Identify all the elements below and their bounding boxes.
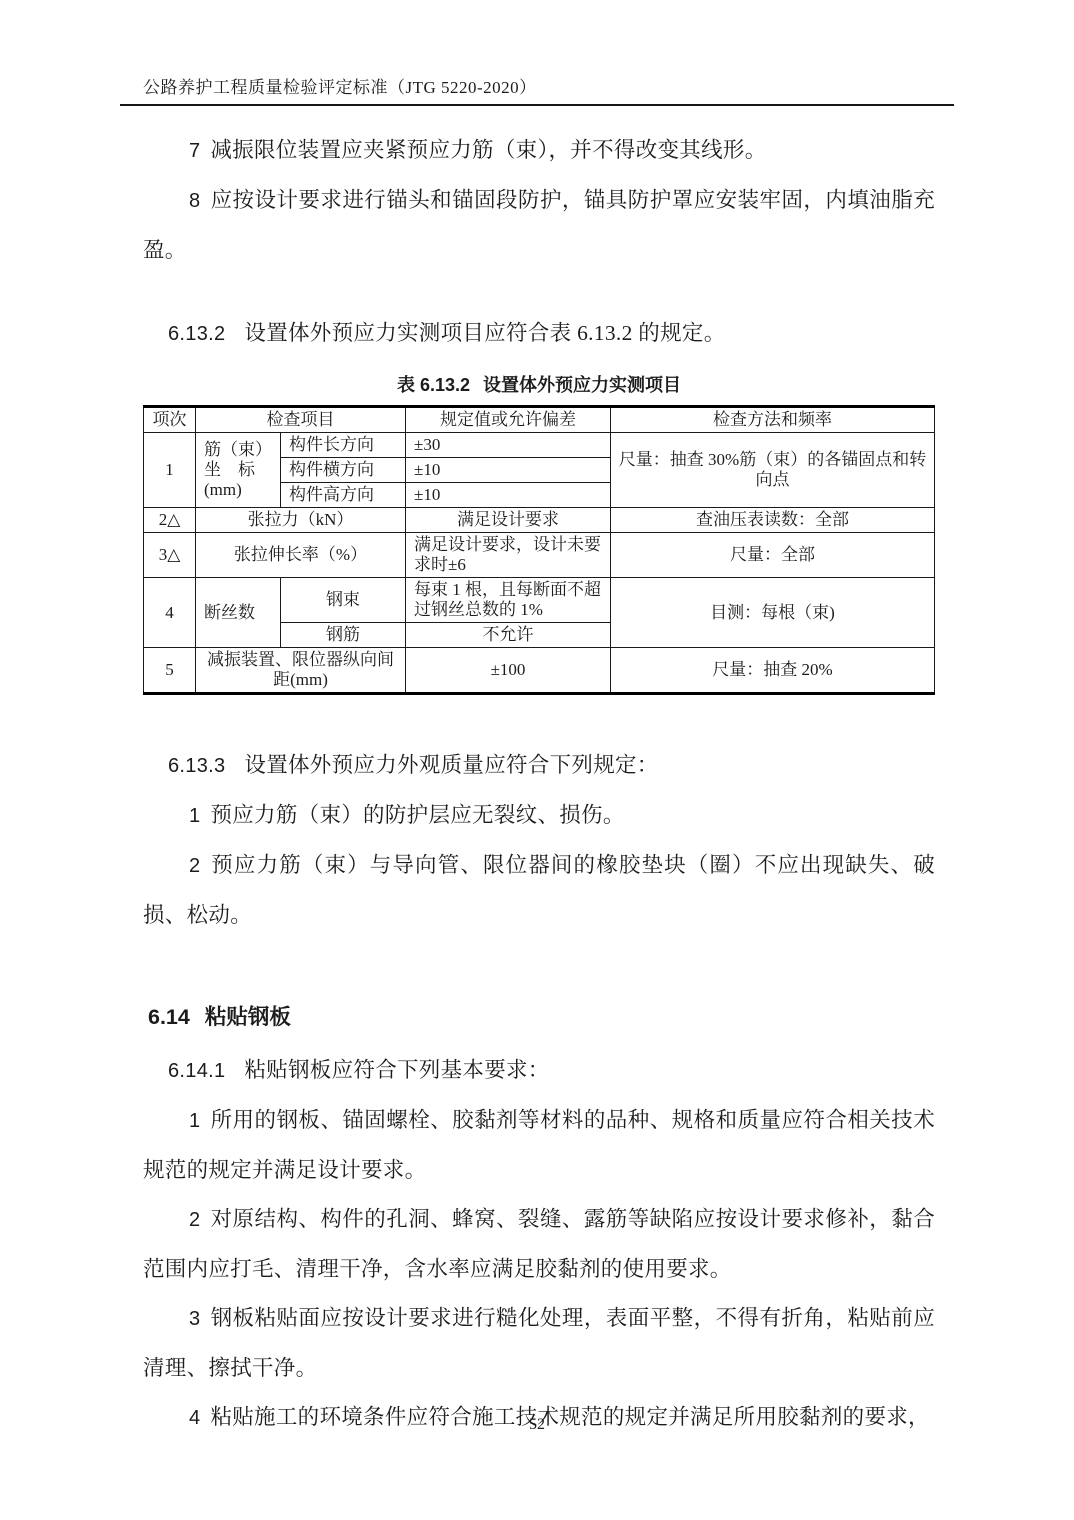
clause-6-14-1-item-2: 2对原结构、构件的孔洞、蜂窝、裂缝、露筋等缺陷应按设计要求修补，黏合范围内应打毛… — [143, 1195, 935, 1294]
clause-number: 6.13.3 — [168, 755, 225, 777]
row3-no: 3△ — [144, 533, 196, 578]
document-title: 公路养护工程质量检验评定标准（JTG 5220-2020） — [143, 78, 537, 97]
row5-no: 5 — [144, 648, 196, 694]
row2-no: 2△ — [144, 508, 196, 533]
table-row: 1 筋（束） 坐 标 (mm) 构件长方向 ±30 尺量：抽查 30%筋（束）的… — [144, 433, 935, 458]
table-6-13-2: 项次 检查项目 规定值或允许偏差 检查方法和频率 1 筋（束） 坐 标 (mm)… — [143, 405, 935, 695]
clause-text: 粘贴钢板应符合下列基本要求： — [244, 1058, 549, 1082]
table-caption-title: 设置体外预应力实测项目 — [483, 375, 681, 395]
row5-method: 尺量：抽查 20% — [611, 648, 935, 694]
table-row: 3△ 张拉伸长率（%） 满足设计要求，设计未要求时±6 尺量：全部 — [144, 533, 935, 578]
clause-6-14-1-item-1: 1所用的钢板、锚固螺栓、胶黏剂等材料的品种、规格和质量应符合相关技术规范的规定并… — [143, 1096, 935, 1195]
table-header-row: 项次 检查项目 规定值或允许偏差 检查方法和频率 — [144, 407, 935, 433]
clause-6-13-2: 6.13.2设置体外预应力实测项目应符合表 6.13.2 的规定。 — [143, 309, 935, 359]
row2-method: 查油压表读数：全部 — [611, 508, 935, 533]
row2-item: 张拉力（kN） — [196, 508, 406, 533]
clause-item-number: 1 — [189, 1110, 200, 1132]
clause-item-7: 7减振限位装置应夹紧预应力筋（束），并不得改变其线形。 — [143, 126, 935, 176]
row1-method: 尺量：抽查 30%筋（束）的各锚固点和转向点 — [611, 433, 935, 508]
clause-text: 设置体外预应力实测项目应符合表 6.13.2 的规定。 — [244, 321, 725, 345]
row1-sub-value: ±30 — [406, 433, 611, 458]
document-page: { "header": { "title": "公路养护工程质量检验评定标准（J… — [0, 0, 1074, 1520]
row4-sub-label: 钢束 — [281, 578, 406, 623]
section-number: 6.14 — [148, 1005, 190, 1029]
clause-item-text: 减振限位装置应夹紧预应力筋（束），并不得改变其线形。 — [210, 138, 766, 162]
row2-value: 满足设计要求 — [406, 508, 611, 533]
page-number: 52 — [529, 1416, 545, 1433]
col-header-allowed-deviation: 规定值或允许偏差 — [406, 407, 611, 433]
table-row: 4 断丝数 钢束 每束 1 根，且每断面不超过钢丝总数的 1% 目测：每根（束) — [144, 578, 935, 623]
col-header-check-item: 检查项目 — [196, 407, 406, 433]
clause-item-number: 2 — [189, 1209, 200, 1231]
clause-6-14-1-item-3: 3钢板粘贴面应按设计要求进行糙化处理，表面平整，不得有折角，粘贴前应清理、擦拭干… — [143, 1294, 935, 1393]
row1-sub-label: 构件长方向 — [281, 433, 406, 458]
clause-item-text: 钢板粘贴面应按设计要求进行糙化处理，表面平整，不得有折角，粘贴前应清理、擦拭干净… — [143, 1306, 935, 1380]
clause-6-13-3-item-1: 1预应力筋（束）的防护层应无裂纹、损伤。 — [143, 791, 935, 841]
row4-sub-label: 钢筋 — [281, 623, 406, 648]
clause-text: 设置体外预应力外观质量应符合下列规定： — [244, 753, 658, 777]
clause-item-8: 8应按设计要求进行锚头和锚固段防护，锚具防护罩应安装牢固，内填油脂充盈。 — [143, 176, 935, 275]
row5-value: ±100 — [406, 648, 611, 694]
clause-item-number: 3 — [189, 1308, 200, 1330]
page-content: 7减振限位装置应夹紧预应力筋（束），并不得改变其线形。 8应按设计要求进行锚头和… — [143, 126, 935, 1443]
clause-item-number: 8 — [189, 190, 200, 212]
table-row: 2△ 张拉力（kN） 满足设计要求 查油压表读数：全部 — [144, 508, 935, 533]
row4-no: 4 — [144, 578, 196, 648]
section-title: 粘贴钢板 — [205, 1005, 291, 1029]
row1-sub-label: 构件高方向 — [281, 483, 406, 508]
col-header-item-no: 项次 — [144, 407, 196, 433]
col-header-method-frequency: 检查方法和频率 — [611, 407, 935, 433]
row4-item: 断丝数 — [196, 578, 281, 648]
row1-item: 筋（束） 坐 标 (mm) — [196, 433, 281, 508]
row1-sub-value: ±10 — [406, 458, 611, 483]
clause-item-text: 预应力筋（束）与导向管、限位器间的橡胶垫块（圈）不应出现缺失、破损、松动。 — [143, 853, 935, 927]
row1-sub-label: 构件横方向 — [281, 458, 406, 483]
row4-sub-value: 不允许 — [406, 623, 611, 648]
clause-6-14-1: 6.14.1粘贴钢板应符合下列基本要求： — [143, 1046, 935, 1096]
section-heading-6-14: 6.14粘贴钢板 — [148, 1002, 935, 1032]
row1-sub-value: ±10 — [406, 483, 611, 508]
row5-item: 减振装置、限位器纵向间距(mm) — [196, 648, 406, 694]
clause-item-text: 所用的钢板、锚固螺栓、胶黏剂等材料的品种、规格和质量应符合相关技术规范的规定并满… — [143, 1108, 935, 1182]
table-row: 5 减振装置、限位器纵向间距(mm) ±100 尺量：抽查 20% — [144, 648, 935, 694]
clause-item-text: 预应力筋（束）的防护层应无裂纹、损伤。 — [210, 803, 624, 827]
row3-value: 满足设计要求，设计未要求时±6 — [406, 533, 611, 578]
clause-number: 6.13.2 — [168, 323, 225, 345]
clause-item-text: 对原结构、构件的孔洞、蜂窝、裂缝、露筋等缺陷应按设计要求修补，黏合范围内应打毛、… — [143, 1207, 935, 1281]
table-caption: 表 6.13.2设置体外预应力实测项目 — [143, 373, 935, 397]
clause-item-number: 7 — [189, 140, 200, 162]
clause-6-13-3: 6.13.3设置体外预应力外观质量应符合下列规定： — [143, 741, 935, 791]
clause-number: 6.14.1 — [168, 1060, 225, 1082]
row4-sub-value: 每束 1 根，且每断面不超过钢丝总数的 1% — [406, 578, 611, 623]
page-footer: 52 — [0, 1416, 1074, 1434]
clause-item-number: 1 — [189, 805, 200, 827]
page-header: 公路养护工程质量检验评定标准（JTG 5220-2020） — [120, 0, 954, 106]
row3-method: 尺量：全部 — [611, 533, 935, 578]
clause-item-number: 2 — [189, 855, 200, 877]
clause-item-text: 应按设计要求进行锚头和锚固段防护，锚具防护罩应安装牢固，内填油脂充盈。 — [143, 188, 935, 262]
clause-6-13-3-item-2: 2预应力筋（束）与导向管、限位器间的橡胶垫块（圈）不应出现缺失、破损、松动。 — [143, 841, 935, 940]
row4-method: 目测：每根（束) — [611, 578, 935, 648]
row1-no: 1 — [144, 433, 196, 508]
table-caption-label: 表 6.13.2 — [397, 375, 470, 395]
row3-item: 张拉伸长率（%） — [196, 533, 406, 578]
